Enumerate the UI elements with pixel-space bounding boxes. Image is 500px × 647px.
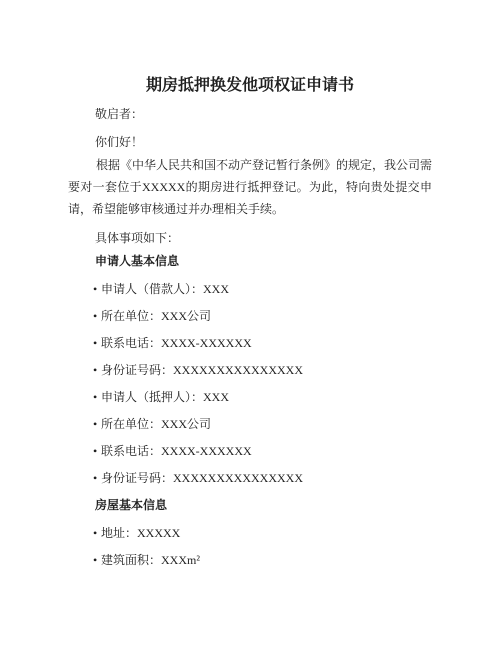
list-item-borrower-phone: 联系电话：XXXX-XXXXXX: [93, 335, 432, 351]
list-item-borrower-name: 申请人（借款人）：XXX: [93, 281, 432, 297]
list-item-house-area: 建筑面积：XXXm²: [93, 552, 432, 568]
document-page: 期房抵押换发他项权证申请书 敬启者： 你们好！ 根据《中华人民共和国不动产登记暂…: [0, 0, 500, 647]
applicant-info-list: 申请人（借款人）：XXX 所在单位：XXX公司 联系电话：XXXX-XXXXXX…: [68, 281, 432, 486]
section-heading-house-info: 房屋基本信息: [95, 497, 432, 513]
greeting-line: 你们好！: [95, 134, 432, 150]
intro-paragraph: 根据《中华人民共和国不动产登记暂行条例》的规定，我公司需要对一套位于XXXXX的…: [68, 154, 432, 220]
list-item-mortgagor-phone: 联系电话：XXXX-XXXXXX: [93, 443, 432, 459]
section-heading-applicant-info: 申请人基本信息: [95, 253, 432, 269]
list-item-mortgagor-id-number: 身份证号码：XXXXXXXXXXXXXXX: [93, 470, 432, 486]
document-title: 期房抵押换发他项权证申请书: [68, 78, 432, 94]
details-lead-line: 具体事项如下：: [95, 230, 432, 246]
list-item-house-address: 地址：XXXXX: [93, 525, 432, 541]
house-info-list: 地址：XXXXX 建筑面积：XXXm²: [68, 525, 432, 568]
list-item-borrower-employer: 所在单位：XXX公司: [93, 308, 432, 324]
salutation-line: 敬启者：: [95, 106, 432, 122]
list-item-borrower-id-number: 身份证号码：XXXXXXXXXXXXXXX: [93, 362, 432, 378]
list-item-mortgagor-name: 申请人（抵押人）：XXX: [93, 389, 432, 405]
list-item-mortgagor-employer: 所在单位：XXX公司: [93, 416, 432, 432]
